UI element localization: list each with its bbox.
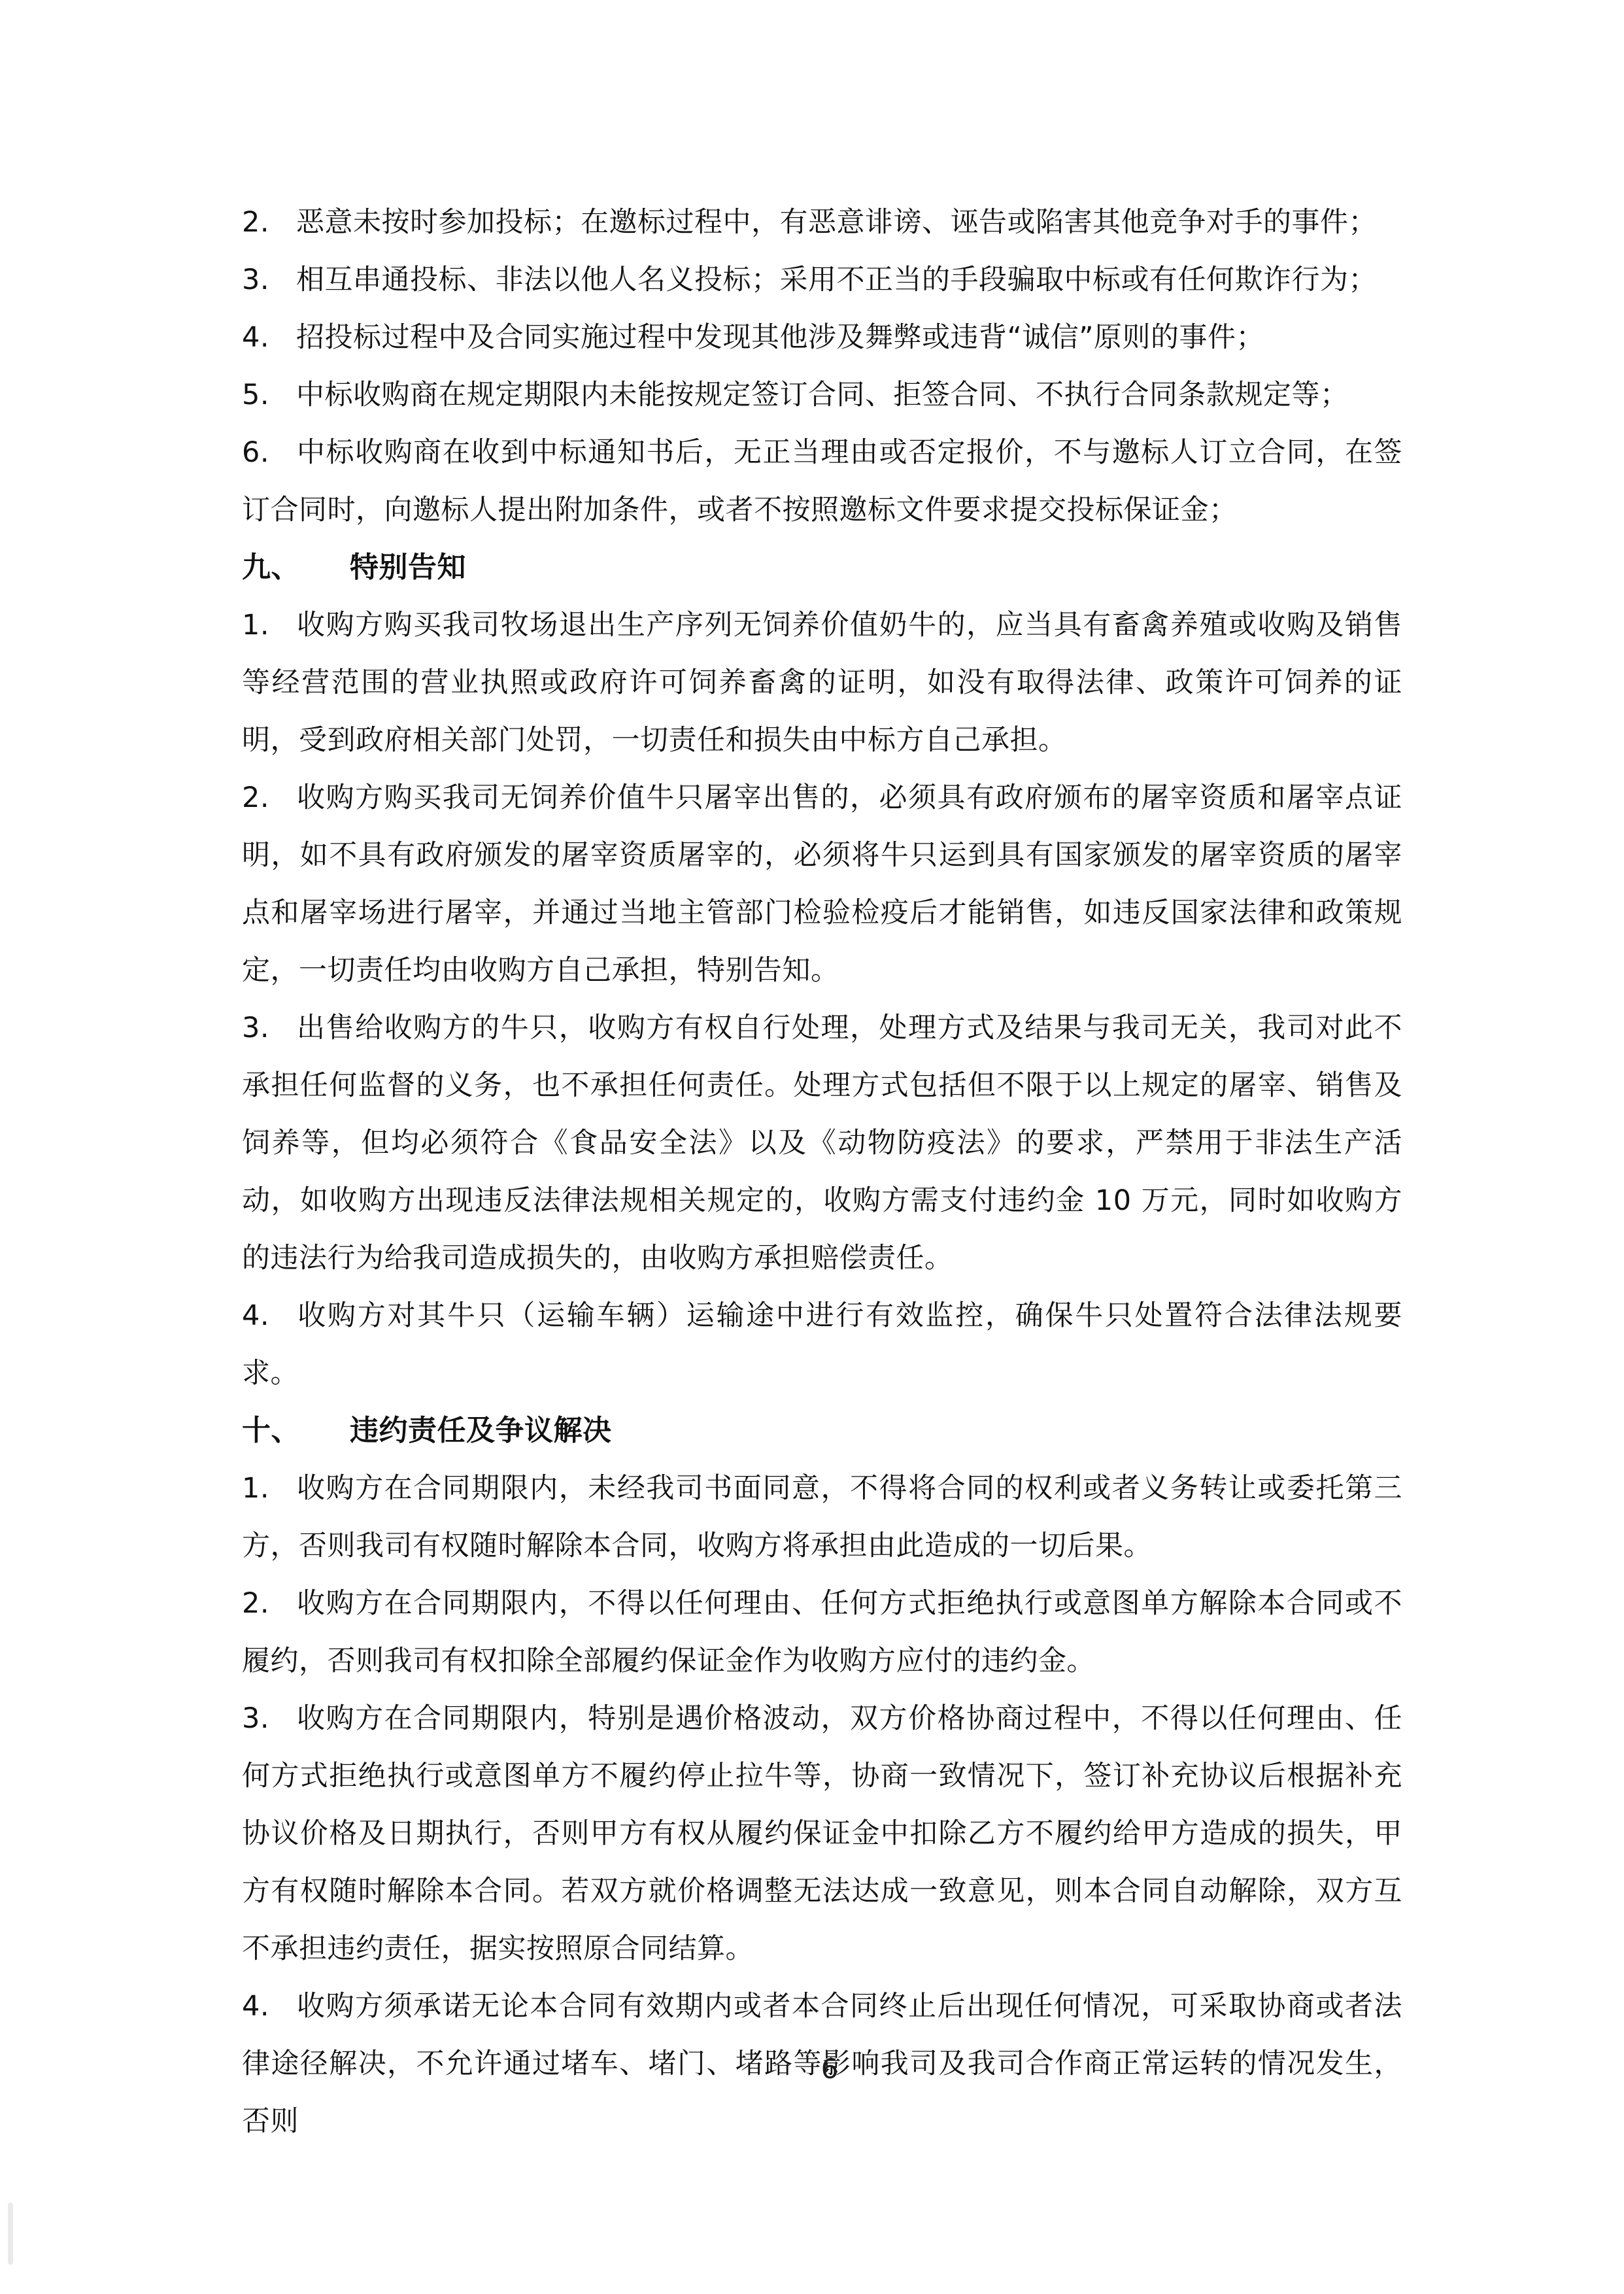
paragraph: 3.相互串通投标、非法以他人名义投标；采用不正当的手段骗取中标或有任何欺诈行为； <box>242 251 1402 309</box>
item-number: 4. <box>242 1287 296 1344</box>
paragraph: 2.收购方购买我司无饲养价值牛只屠宰出售的，必须具有政府颁布的屠宰资质和屠宰点证… <box>242 769 1402 999</box>
item-number: 2. <box>242 194 296 251</box>
item-number: 5. <box>242 366 296 424</box>
paragraph-text: 收购方在合同期限内，不得以任何理由、任何方式拒绝执行或意图单方解除本合同或不履约… <box>242 1587 1402 1677</box>
item-number: 6. <box>242 424 296 481</box>
paragraph-text: 招投标过程中及合同实施过程中发现其他涉及舞弊或违背“诚信”原则的事件； <box>296 321 1264 354</box>
paragraph-text: 收购方对其牛只（运输车辆）运输途中进行有效监控，确保牛只处置符合法律法规要求。 <box>242 1299 1402 1390</box>
item-number: 4. <box>242 1977 296 2035</box>
paragraph: 6.中标收购商在收到中标通知书后，无正当理由或否定报价，不与邀标人订立合同，在签… <box>242 424 1402 539</box>
document-content: 2.恶意未按时参加投标；在邀标过程中，有恶意诽谤、诬告或陷害其他竞争对手的事件；… <box>242 194 1402 2150</box>
paragraph: 4.招投标过程中及合同实施过程中发现其他涉及舞弊或违背“诚信”原则的事件； <box>242 309 1402 366</box>
paragraph-text: 中标收购商在规定期限内未能按规定签订合同、拒签合同、不执行合同条款规定等； <box>296 379 1349 411</box>
paragraph: 3.收购方在合同期限内，特别是遇价格波动，双方价格协商过程中，不得以任何理由、任… <box>242 1690 1402 1977</box>
item-number: 3. <box>242 251 296 309</box>
paragraph-text: 违约责任及争议解决 <box>350 1414 612 1447</box>
item-number: 1. <box>242 596 296 654</box>
paragraph: 3.出售给收购方的牛只，收购方有权自行处理，处理方式及结果与我司无关，我司对此不… <box>242 999 1402 1287</box>
paragraph-text: 相互串通投标、非法以他人名义投标；采用不正当的手段骗取中标或有任何欺诈行为； <box>296 264 1377 296</box>
page-number: 6 <box>821 2053 839 2085</box>
section-heading: 九、特别告知 <box>242 539 1402 596</box>
paragraph-text: 收购方购买我司牧场退出生产序列无饲养价值奶牛的，应当具有畜禽养殖或收购及销售等经… <box>242 609 1402 757</box>
scan-artifact <box>8 2202 13 2265</box>
paragraph-text: 出售给收购方的牛只，收购方有权自行处理，处理方式及结果与我司无关，我司对此不承担… <box>242 1012 1402 1275</box>
item-number: 1. <box>242 1460 296 1517</box>
item-number: 2. <box>242 769 296 827</box>
document-page: 2.恶意未按时参加投标；在邀标过程中，有恶意诽谤、诬告或陷害其他竞争对手的事件；… <box>0 0 1624 2294</box>
paragraph-text: 特别告知 <box>350 551 466 584</box>
paragraph: 5.中标收购商在规定期限内未能按规定签订合同、拒签合同、不执行合同条款规定等； <box>242 366 1402 424</box>
item-number: 2. <box>242 1575 296 1632</box>
paragraph: 1.收购方在合同期限内，未经我司书面同意，不得将合同的权利或者义务转让或委托第三… <box>242 1460 1402 1575</box>
paragraph: 2.恶意未按时参加投标；在邀标过程中，有恶意诽谤、诬告或陷害其他竞争对手的事件； <box>242 194 1402 251</box>
paragraph: 2.收购方在合同期限内，不得以任何理由、任何方式拒绝执行或意图单方解除本合同或不… <box>242 1575 1402 1690</box>
paragraph-text: 中标收购商在收到中标通知书后，无正当理由或否定报价，不与邀标人订立合同，在签订合… <box>242 436 1402 526</box>
paragraph-text: 恶意未按时参加投标；在邀标过程中，有恶意诽谤、诬告或陷害其他竞争对手的事件； <box>296 206 1377 239</box>
paragraph: 1.收购方购买我司牧场退出生产序列无饲养价值奶牛的，应当具有畜禽养殖或收购及销售… <box>242 596 1402 769</box>
item-number: 3. <box>242 999 296 1057</box>
item-number: 九、 <box>242 539 350 596</box>
paragraph-text: 收购方购买我司无饲养价值牛只屠宰出售的，必须具有政府颁布的屠宰资质和屠宰点证明，… <box>242 781 1402 987</box>
item-number: 4. <box>242 309 296 366</box>
paragraph-text: 收购方在合同期限内，特别是遇价格波动，双方价格协商过程中，不得以任何理由、任何方… <box>242 1702 1402 1965</box>
item-number: 十、 <box>242 1402 350 1460</box>
section-heading: 十、违约责任及争议解决 <box>242 1402 1402 1460</box>
item-number: 3. <box>242 1690 296 1747</box>
paragraph-text: 收购方在合同期限内，未经我司书面同意，不得将合同的权利或者义务转让或委托第三方，… <box>242 1472 1402 1562</box>
paragraph: 4.收购方对其牛只（运输车辆）运输途中进行有效监控，确保牛只处置符合法律法规要求… <box>242 1287 1402 1402</box>
